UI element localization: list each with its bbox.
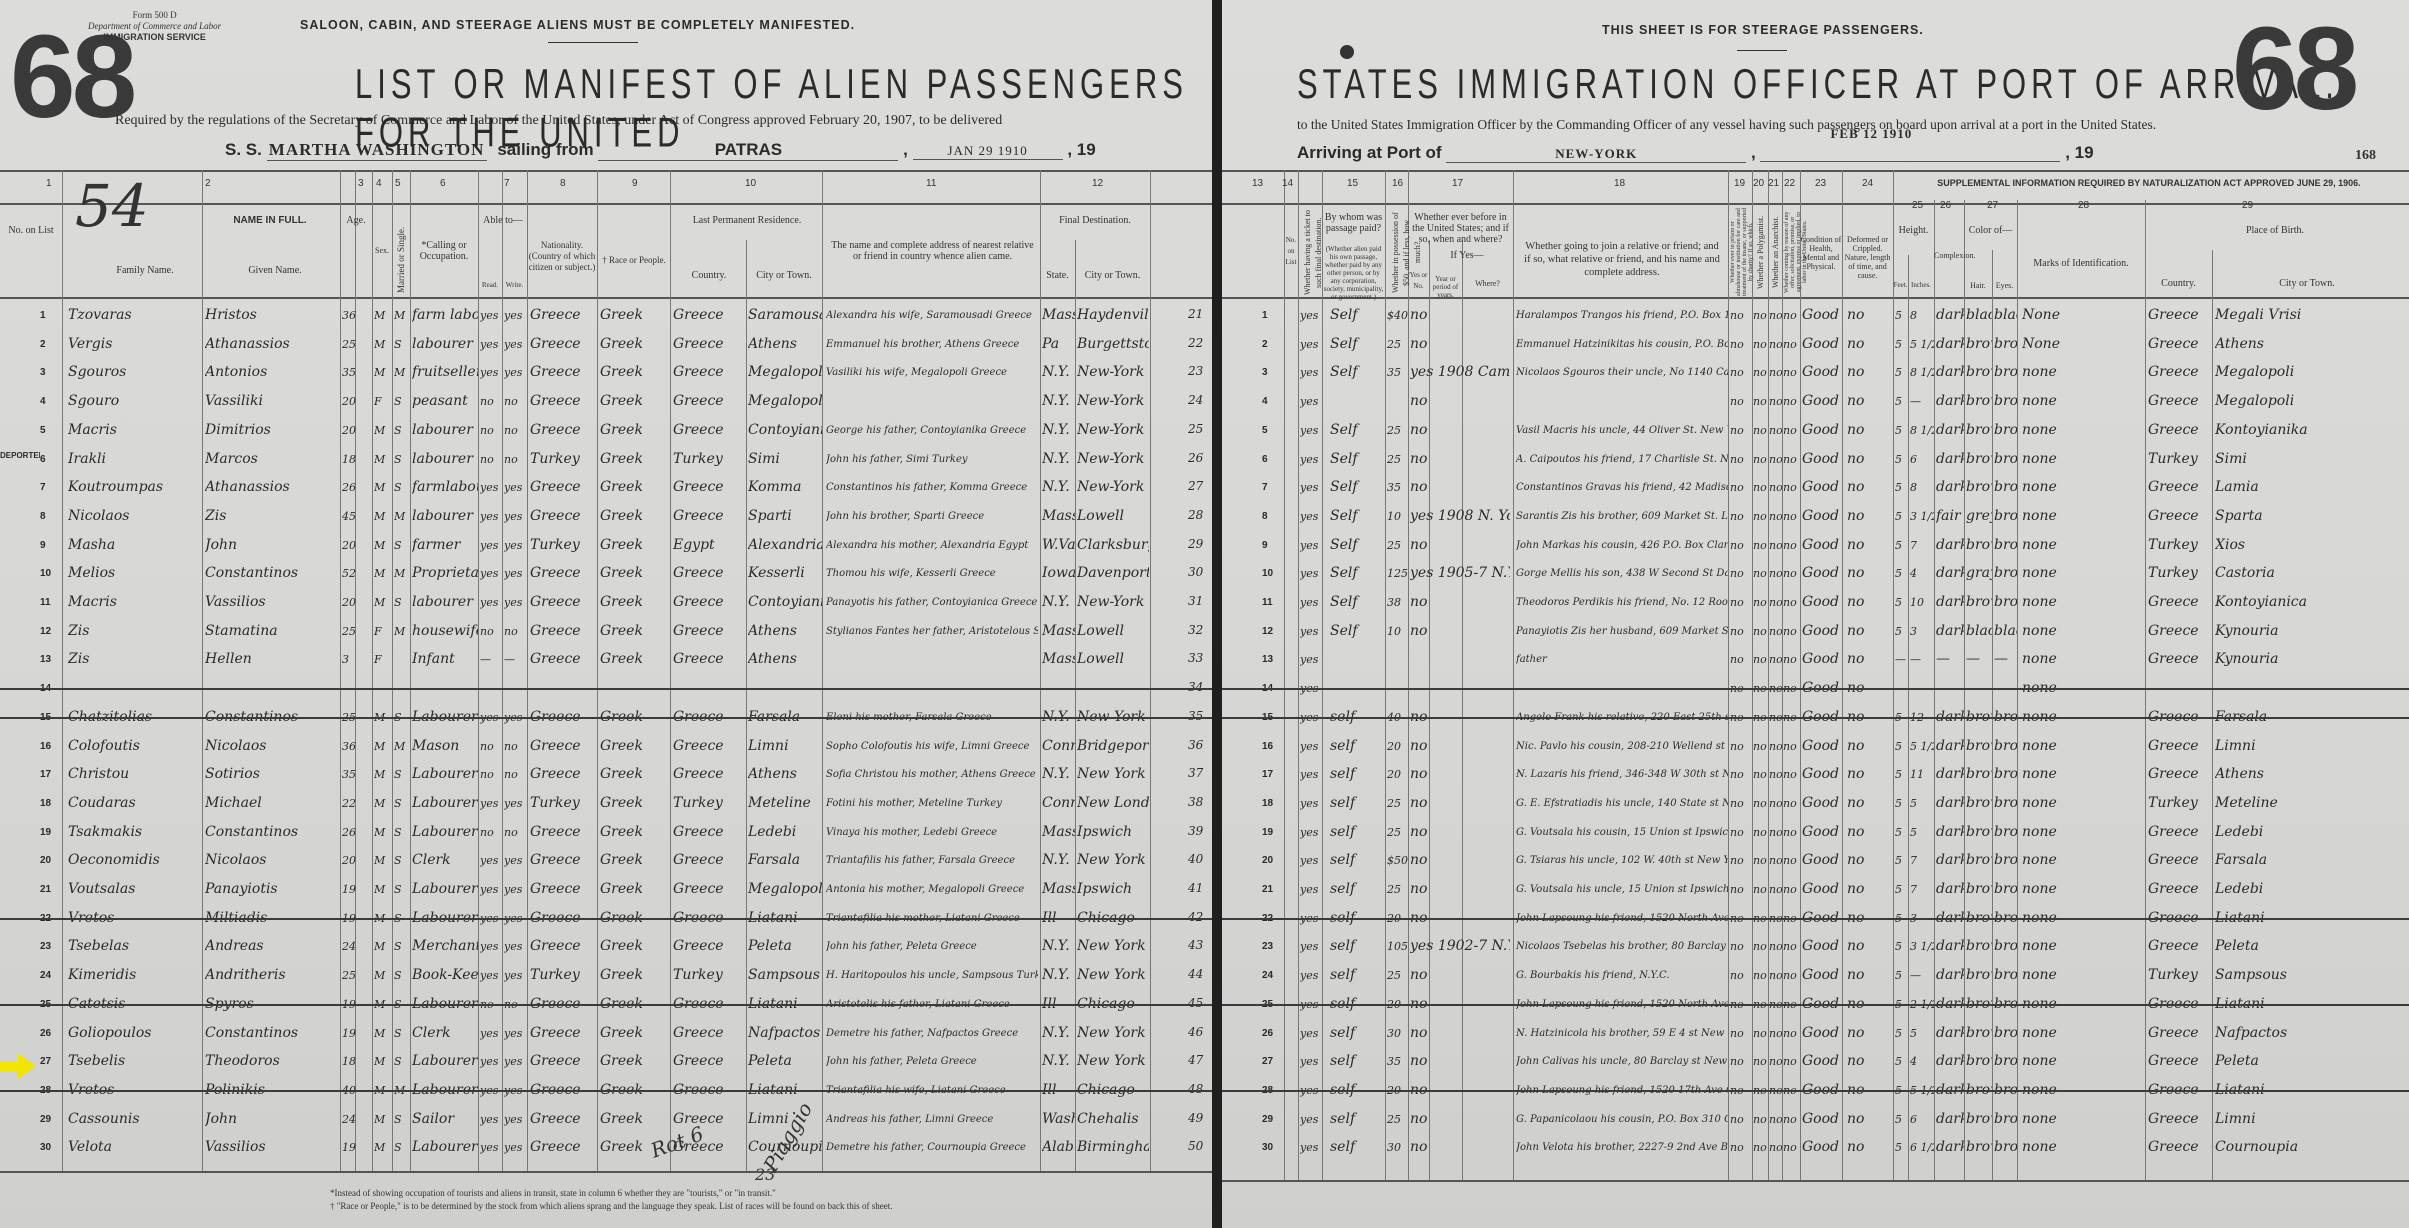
cell-health: Good (1802, 364, 1842, 380)
cell-ticket: yes (1300, 1055, 1322, 1068)
cell-anarch: no (1769, 596, 1782, 609)
cell-joining: Theodoros Perdikis his friend, No. 12 Ro… (1516, 597, 1728, 608)
cell-write: yes (504, 338, 527, 351)
cell-write: yes (504, 883, 527, 896)
cell-no: 13 (1262, 654, 1282, 665)
header-nationality: Nationality. (Country of which citizen o… (528, 240, 596, 273)
cell-given: Hristos (205, 307, 340, 323)
cell-occ: Labourer (412, 766, 478, 782)
cell-birth-country: Turkey (2148, 451, 2212, 467)
cell-relative: Stylianos Fantes her father, Aristotelou… (826, 626, 1038, 637)
cell-prison: no (1730, 969, 1752, 982)
cell-given: John (205, 537, 340, 553)
cell-poly: no (1753, 567, 1768, 580)
cell-eyes: brown (1994, 709, 2017, 725)
cell-eyes: brown (1994, 479, 2017, 495)
cell-complexion: dark (1936, 479, 1964, 495)
cell-deformed: no (1847, 651, 1892, 667)
cell-age: 20 (342, 854, 356, 867)
cell-relative: Alexandra his mother, Alexandria Egypt (826, 540, 1038, 551)
cell-sex: M (374, 940, 392, 953)
cell-given: Vassilios (205, 594, 340, 610)
cell-hair: brown (1966, 1111, 1992, 1127)
cell-anarch: no (1769, 424, 1782, 437)
cell-no: 17 (40, 769, 60, 780)
cell-relative: Triantafilia his mother, Liatani Greece (826, 913, 1038, 924)
cell-health: Good (1802, 1025, 1842, 1041)
cell-before: no (1410, 1111, 1510, 1127)
cell-res-city: Ledebi (748, 824, 822, 840)
cell-ticket: yes (1300, 366, 1322, 379)
cell-res-city: Megalopolis (748, 393, 822, 409)
cell-birth-city: Nafpactos (2215, 1025, 2400, 1041)
cell-nat: Greece (530, 651, 596, 667)
cell-occ: Labourer (412, 709, 478, 725)
cell-anarch: no (1769, 969, 1782, 982)
cell-in: 5 1/2 (1910, 338, 1934, 351)
cell-no: 24 (40, 970, 60, 981)
cell-poly: no (1753, 596, 1768, 609)
form-note: Form 500 D Department of Commerce and La… (88, 10, 221, 43)
cell-birth-country: Greece (2148, 623, 2212, 639)
cell-dest-city: New York (1077, 938, 1149, 954)
cell-dest-state: W.Va (1042, 537, 1075, 553)
cell-write: no (504, 625, 527, 638)
cell-age: 19 (342, 998, 356, 1011)
cell-hair: brown (1966, 594, 1992, 610)
passenger-row-left: 10MeliosConstantinos52MMProprietaryyesye… (0, 560, 1216, 587)
cell-contract: no (1783, 395, 1800, 408)
cell-no: 30 (1262, 1142, 1282, 1153)
cell-ms: M (394, 625, 410, 638)
cell-occ: farmer (412, 537, 478, 553)
cell-read: yes (480, 797, 502, 810)
cell-complexion: dark (1936, 881, 1964, 897)
cell-relative: Andreas his father, Limni Greece (826, 1114, 1038, 1125)
cell-birth-country: Greece (2148, 910, 2212, 926)
cell-nat: Greece (530, 824, 596, 840)
cell-write: yes (504, 567, 527, 580)
cell-poly: no (1753, 969, 1768, 982)
cell-money: 35 (1387, 1055, 1408, 1068)
cell-anarch: no (1769, 682, 1782, 695)
passenger-row-left: 1434 (0, 675, 1216, 702)
cell-hair: brown (1966, 938, 1992, 954)
cell-paid: self (1330, 1025, 1385, 1041)
cell-dest-city: Clarksburg (1077, 537, 1149, 553)
cell-health: Good (1802, 451, 1842, 467)
cell-race: Greek (600, 1111, 670, 1127)
cell-dest-state: Iowa (1042, 565, 1075, 581)
passenger-row-left: 17ChristouSotirios35MSLabourernonoGreece… (0, 761, 1216, 788)
cell-marks: none (2022, 910, 2142, 926)
cell-write: no (504, 826, 527, 839)
cell-given: Michael (205, 795, 340, 811)
cell-dest-state: N.Y. (1042, 709, 1075, 725)
cell-dest-state: Conn (1042, 738, 1075, 754)
cell-ft: 5 (1895, 625, 1908, 638)
cell-read: no (480, 395, 502, 408)
cell-ms: S (394, 883, 410, 896)
cell-before: no (1410, 996, 1510, 1012)
cell-anarch: no (1769, 567, 1782, 580)
cell-res-city: Peleta (748, 938, 822, 954)
cell-anarch: no (1769, 338, 1782, 351)
margin-count: 47 (1188, 1053, 1214, 1067)
cell-eyes: brown (1994, 1025, 2017, 1041)
cell-ms: S (394, 940, 410, 953)
supplemental-header: SUPPLEMENTAL INFORMATION REQUIRED BY NAT… (1894, 178, 2404, 189)
header-race: † Race or People. (598, 255, 670, 266)
cell-birth-city: Simi (2215, 451, 2400, 467)
cell-poly: no (1753, 1055, 1768, 1068)
cell-contract: no (1783, 1027, 1800, 1040)
margin-count: 35 (1188, 709, 1214, 723)
cell-race: Greek (600, 393, 670, 409)
cell-marks: none (2022, 479, 2142, 495)
cell-paid: Self (1330, 422, 1385, 438)
cell-no: 2 (40, 339, 60, 350)
cell-age: 36 (342, 309, 356, 322)
cell-complexion: dark (1936, 910, 1964, 926)
passenger-row-left: 1TzovarasHristos36MMfarm laboureryesyesG… (0, 302, 1216, 329)
cell-nat: Turkey (530, 537, 596, 553)
cell-in: 7 (1910, 883, 1934, 896)
cell-no: 29 (1262, 1114, 1282, 1125)
cell-eyes: — (1994, 651, 2017, 667)
cell-paid: Self (1330, 307, 1385, 323)
cell-dest-state: Ill (1042, 910, 1075, 926)
cell-no: 23 (40, 941, 60, 952)
cell-given: Hellen (205, 651, 340, 667)
cell-nat: Greece (530, 623, 596, 639)
cell-complexion: dark (1936, 422, 1964, 438)
cell-ticket: yes (1300, 912, 1322, 925)
cell-read: yes (480, 969, 502, 982)
cell-paid: self (1330, 1053, 1385, 1069)
cell-complexion: dark (1936, 766, 1964, 782)
cell-res-city: Alexandria (748, 537, 822, 553)
cell-ms: S (394, 854, 410, 867)
col-num-2: 2 (205, 178, 211, 189)
passenger-row-left: 24KimeridisAndritheris25MSBook-Keeperyes… (0, 962, 1216, 989)
cell-birth-country: Greece (2148, 824, 2212, 840)
cell-age: 35 (342, 366, 356, 379)
cell-ft: 5 (1895, 768, 1908, 781)
cell-before: no (1410, 852, 1510, 868)
cell-ft: 5 (1895, 1084, 1908, 1097)
margin-count: 36 (1188, 738, 1214, 752)
cell-deformed: no (1847, 565, 1892, 581)
col-num-8: 8 (560, 178, 566, 189)
cell-anarch: no (1769, 1027, 1782, 1040)
cell-anarch: no (1769, 653, 1782, 666)
cell-eyes: brown (1994, 422, 2017, 438)
cell-birth-city: Athens (2215, 336, 2400, 352)
cell-in: 3 1/2 (1910, 510, 1934, 523)
cell-no: 5 (1262, 425, 1282, 436)
cell-contract: no (1783, 1141, 1800, 1154)
cell-poly: no (1753, 510, 1768, 523)
cell-poly: no (1753, 883, 1768, 896)
cell-before: no (1410, 594, 1510, 610)
cell-prison: no (1730, 567, 1752, 580)
cell-no: 10 (1262, 568, 1282, 579)
cell-hair: brown (1966, 451, 1992, 467)
cell-poly: no (1753, 940, 1768, 953)
cell-ft: 5 (1895, 596, 1908, 609)
header-hair: Hair. (1964, 280, 1992, 291)
passenger-row-right: 17yesself20noN. Lazaris his friend, 346-… (1222, 761, 2409, 788)
cell-race: Greek (600, 738, 670, 754)
cell-paid: self (1330, 852, 1385, 868)
cell-sex: M (374, 539, 392, 552)
cell-nat: Greece (530, 479, 596, 495)
cell-hair: brown (1966, 996, 1992, 1012)
col-num-23: 23 (1815, 178, 1826, 189)
cell-money: 20 (1387, 740, 1408, 753)
cell-res-country: Turkey (673, 795, 745, 811)
cell-occ: labourer (412, 451, 478, 467)
cell-no: 28 (40, 1085, 60, 1096)
cell-joining: Gorge Mellis his son, 438 W Second St Da… (1516, 568, 1728, 579)
cell-age: 36 (342, 740, 356, 753)
cell-no: 9 (1262, 540, 1282, 551)
cell-birth-city: Castoria (2215, 565, 2400, 581)
cell-family: Masha (68, 537, 202, 553)
cell-res-country: Greece (673, 996, 745, 1012)
cell-in: 4 (1910, 567, 1934, 580)
cell-contract: no (1783, 940, 1800, 953)
cell-read: yes (480, 940, 502, 953)
cell-write: no (504, 740, 527, 753)
cell-no: 11 (1262, 597, 1282, 608)
cell-age: 20 (342, 395, 356, 408)
cell-prison: no (1730, 1084, 1752, 1097)
cell-relative: H. Haritopoulos his uncle, Sampsous Turk… (826, 970, 1038, 981)
cell-joining: John Markas his cousin, 426 P.O. Box Cla… (1516, 540, 1728, 551)
cell-age: 25 (342, 625, 356, 638)
cell-dest-state: N.Y. (1042, 1025, 1075, 1041)
cell-occ: labourer (412, 336, 478, 352)
cell-res-city: Farsala (748, 852, 822, 868)
cell-age: 20 (342, 424, 356, 437)
cell-paid: Self (1330, 508, 1385, 524)
cell-write: yes (504, 940, 527, 953)
cell-dest-city: Bridgeport (1077, 738, 1149, 754)
cell-in: 5 1/2 (1910, 740, 1934, 753)
margin-count: 49 (1188, 1111, 1214, 1125)
cell-money: 25 (1387, 826, 1408, 839)
cell-deformed: no (1847, 881, 1892, 897)
cell-birth-country: Greece (2148, 766, 2212, 782)
cell-race: Greek (600, 1053, 670, 1069)
cell-ms: S (394, 539, 410, 552)
passenger-row-right: 20yesself$500noG. Tsiaras his uncle, 102… (1222, 847, 2409, 874)
cell-write: yes (504, 510, 527, 523)
passenger-row-right: 13yesfathernonononoGoodno—————noneGreece… (1222, 646, 2409, 673)
cell-before: no (1410, 307, 1510, 323)
ship-line: S. S. MARTHA WASHINGTON sailing from PAT… (225, 140, 1096, 161)
cell-complexion: dark (1936, 451, 1964, 467)
cell-read: no (480, 768, 502, 781)
cell-before: no (1410, 451, 1510, 467)
col-num-11: 11 (926, 178, 936, 189)
cell-no: 2 (1262, 339, 1282, 350)
col-num-12: 12 (1092, 178, 1103, 189)
cell-dest-state: Mass (1042, 651, 1075, 667)
margin-count: 21 (1188, 307, 1214, 321)
cell-res-city: Sparti (748, 508, 822, 524)
cell-poly: no (1753, 740, 1768, 753)
cell-nat: Greece (530, 307, 596, 323)
cell-money: $500 (1387, 854, 1408, 867)
cell-before: yes 1902-7 N.Y. (1410, 938, 1510, 954)
header-family-name: Family Name. (90, 265, 200, 276)
cell-before: yes 1905-7 N.Y. (1410, 565, 1510, 581)
cell-no: 19 (1262, 827, 1282, 838)
cell-in: 4 (1910, 1055, 1934, 1068)
cell-occ: Book-Keeper (412, 967, 478, 983)
cell-contract: no (1783, 883, 1800, 896)
cell-read: no (480, 625, 502, 638)
cell-ticket: yes (1300, 826, 1322, 839)
header-passage-paid: By whom was passage paid? (1322, 212, 1385, 234)
cell-dest-state: N.Y. (1042, 766, 1075, 782)
cell-birth-city: Liatani (2215, 996, 2400, 1012)
cell-money: 25 (1387, 424, 1408, 437)
cell-birth-city: Sparta (2215, 508, 2400, 524)
cell-write: no (504, 424, 527, 437)
cell-read: no (480, 424, 502, 437)
cell-read: no (480, 826, 502, 839)
cell-ticket: yes (1300, 596, 1322, 609)
cell-in: 2 1/2 (1910, 998, 1934, 1011)
cell-family: Tzovaras (68, 307, 202, 323)
cell-no: 3 (40, 367, 60, 378)
cell-family: Colofoutis (68, 738, 202, 754)
cell-hair: brown (1966, 364, 1992, 380)
cell-no: 19 (40, 827, 60, 838)
cell-before: no (1410, 967, 1510, 983)
cell-before: no (1410, 336, 1510, 352)
passenger-row-left: 27TsebelisTheodoros18MSLaboureryesyesGre… (0, 1048, 1216, 1075)
cell-ft: 5 (1895, 1055, 1908, 1068)
cell-no: 12 (1262, 626, 1282, 637)
cell-given: Stamatina (205, 623, 340, 639)
cell-age: 24 (342, 1113, 356, 1126)
cell-read: yes (480, 366, 502, 379)
cell-prison: no (1730, 424, 1752, 437)
cell-ft: 5 (1895, 539, 1908, 552)
manifest-left-page: 68 Form 500 D Department of Commerce and… (0, 0, 1216, 1228)
cell-health: Good (1802, 709, 1842, 725)
cell-sex: M (374, 481, 392, 494)
cell-write: yes (504, 481, 527, 494)
cell-race: Greek (600, 1082, 670, 1098)
cell-dest-state: N.Y. (1042, 967, 1075, 983)
cell-nat: Turkey (530, 451, 596, 467)
cell-ft: 5 (1895, 1027, 1908, 1040)
cell-age: 26 (342, 826, 356, 839)
cell-birth-city: Xios (2215, 537, 2400, 553)
passenger-row-right: 9yesSelf25noJohn Markas his cousin, 426 … (1222, 532, 2409, 559)
cell-relative: Emmanuel his brother, Athens Greece (826, 339, 1038, 350)
cell-hair: grey (1966, 508, 1992, 524)
cell-given: Andreas (205, 938, 340, 954)
cell-no: 26 (40, 1028, 60, 1039)
passenger-row-left: 3SgourosAntonios35MMfruitselleryesyesGre… (0, 359, 1216, 386)
cell-family: Kimeridis (68, 967, 202, 983)
cell-poly: no (1753, 1084, 1768, 1097)
cell-given: Marcos (205, 451, 340, 467)
cell-family: Coudaras (68, 795, 202, 811)
cell-no: 27 (40, 1056, 60, 1067)
cell-res-city: Limni (748, 738, 822, 754)
cell-complexion: dark (1936, 709, 1964, 725)
cell-paid: self (1330, 938, 1385, 954)
cell-marks: none (2022, 651, 2142, 667)
cell-in: 5 (1910, 826, 1934, 839)
header-year-period: Year or period of years. (1429, 275, 1462, 299)
cell-health: Good (1802, 565, 1842, 581)
sailing-from-label: sailing from (497, 140, 593, 159)
cell-sex: M (374, 797, 392, 810)
cell-marks: none (2022, 565, 2142, 581)
cell-family: Zis (68, 651, 202, 667)
col-num-4: 4 (376, 178, 382, 189)
cell-health: Good (1802, 336, 1842, 352)
cell-poly: no (1753, 826, 1768, 839)
cell-joining: Emmanuel Hatzinikitas his cousin, P.O. B… (1516, 339, 1728, 350)
cell-poly: no (1753, 797, 1768, 810)
cell-money: 25 (1387, 1113, 1408, 1126)
cell-anarch: no (1769, 1055, 1782, 1068)
cell-ticket: yes (1300, 309, 1322, 322)
cell-anarch: no (1769, 768, 1782, 781)
cell-occ: peasant (412, 393, 478, 409)
cell-money: 35 (1387, 481, 1408, 494)
cell-hair: brown (1966, 766, 1992, 782)
cell-birth-city: Farsala (2215, 852, 2400, 868)
passenger-row-left: 19TsakmakisConstantinos26MSLabourernonoG… (0, 819, 1216, 846)
cell-ticket: yes (1300, 424, 1322, 437)
cell-before: no (1410, 479, 1510, 495)
cell-money: 125 (1387, 567, 1408, 580)
cell-deformed: no (1847, 1025, 1892, 1041)
cell-res-country: Greece (673, 307, 745, 323)
cell-age: 18 (342, 1055, 356, 1068)
passenger-row-right: 27yesself35noJohn Calivas his uncle, 80 … (1222, 1048, 2409, 1075)
cell-occ: farm labourer (412, 307, 478, 323)
cell-paid: self (1330, 967, 1385, 983)
cell-occ: labourer (412, 508, 478, 524)
cell-dest-state: N.Y. (1042, 451, 1075, 467)
cell-anarch: no (1769, 740, 1782, 753)
cell-family: Koutroumpas (68, 479, 202, 495)
col-num-16: 16 (1392, 178, 1403, 189)
cell-sex: M (374, 567, 392, 580)
cell-deformed: no (1847, 422, 1892, 438)
header-deformed: Deformed or Crippled. Nature, length of … (1842, 235, 1893, 280)
cell-joining: Nic. Pavlo his cousin, 208-210 Wellend s… (1516, 741, 1728, 752)
cell-eyes: brown (1994, 594, 2017, 610)
cell-money: 20 (1387, 998, 1408, 1011)
cell-contract: no (1783, 1084, 1800, 1097)
passenger-row-right: 3yesSelf35yes 1908 Cambridge MassNicolao… (1222, 359, 2409, 386)
cell-anarch: no (1769, 366, 1782, 379)
cell-given: Antonios (205, 364, 340, 380)
